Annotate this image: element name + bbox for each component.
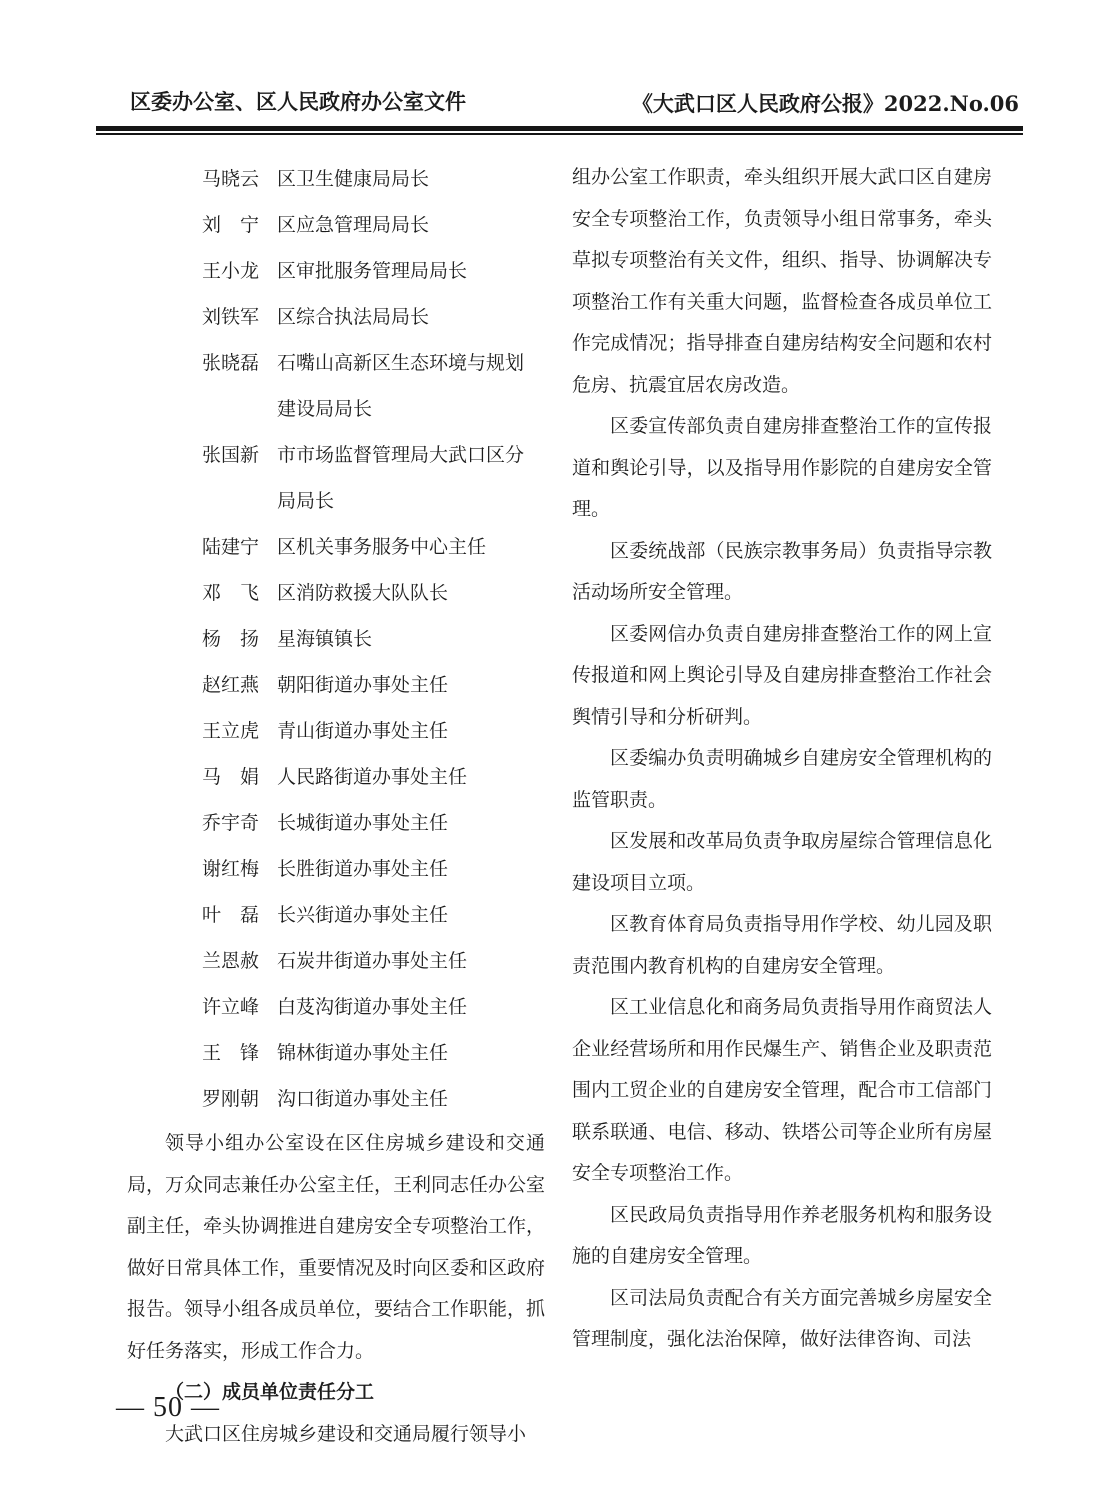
member-name: 赵红燕	[202, 663, 259, 709]
member-row: 马晓云区卫生健康局局长	[127, 157, 545, 203]
member-name: 王 锋	[202, 1031, 259, 1077]
member-title: 石嘴山高新区生态环境与规划建设局局长	[277, 341, 527, 433]
member-row: 陆建宁区机关事务服务中心主任	[127, 525, 545, 571]
member-row: 马 娟人民路街道办事处主任	[127, 755, 545, 801]
member-row: 王小龙区审批服务管理局局长	[127, 249, 545, 295]
paragraph: 区委编办负责明确城乡自建房安全管理机构的监管职责。	[572, 738, 992, 821]
member-row: 张晓磊石嘴山高新区生态环境与规划建设局局长	[127, 341, 545, 433]
member-name: 陆建宁	[202, 525, 259, 571]
member-name: 马晓云	[202, 157, 259, 203]
member-row: 叶 磊长兴街道办事处主任	[127, 893, 545, 939]
member-title: 人民路街道办事处主任	[277, 755, 527, 801]
member-row: 邓 飞区消防救援大队队长	[127, 571, 545, 617]
member-row: 王 锋锦林街道办事处主任	[127, 1031, 545, 1077]
member-name: 张晓磊	[202, 341, 259, 433]
member-row: 罗刚朝沟口街道办事处主任	[127, 1077, 545, 1123]
member-name: 王立虎	[202, 709, 259, 755]
member-name: 马 娟	[202, 755, 259, 801]
paragraph: 区委统战部（民族宗教事务局）负责指导宗教活动场所安全管理。	[572, 531, 992, 614]
left-column: 马晓云区卫生健康局局长 刘 宁区应急管理局局长 王小龙区审批服务管理局局长 刘铁…	[127, 157, 545, 1455]
member-title: 区审批服务管理局局长	[277, 249, 527, 295]
member-row: 谢红梅长胜街道办事处主任	[127, 847, 545, 893]
member-title: 朝阳街道办事处主任	[277, 663, 527, 709]
member-title: 区综合执法局局长	[277, 295, 527, 341]
member-title: 青山街道办事处主任	[277, 709, 527, 755]
member-title: 区卫生健康局局长	[277, 157, 527, 203]
gazette-page: { "header": { "left_title": "区委办公室、区人民政府…	[0, 0, 1105, 1489]
paragraph: 区教育体育局负责指导用作学校、幼儿园及职责范围内教育机构的自建房安全管理。	[572, 904, 992, 987]
member-name: 张国新	[202, 433, 259, 525]
member-title: 锦林街道办事处主任	[277, 1031, 527, 1077]
member-row: 刘 宁区应急管理局局长	[127, 203, 545, 249]
member-name: 王小龙	[202, 249, 259, 295]
member-list: 马晓云区卫生健康局局长 刘 宁区应急管理局局长 王小龙区审批服务管理局局长 刘铁…	[127, 157, 545, 1123]
member-title: 白芨沟街道办事处主任	[277, 985, 527, 1031]
right-column: 组办公室工作职责，牵头组织开展大武口区自建房安全专项整治工作，负责领导小组日常事…	[572, 157, 992, 1361]
member-title: 星海镇镇长	[277, 617, 527, 663]
paragraph: 组办公室工作职责，牵头组织开展大武口区自建房安全专项整治工作，负责领导小组日常事…	[572, 157, 992, 406]
member-name: 杨 扬	[202, 617, 259, 663]
member-title: 区应急管理局局长	[277, 203, 527, 249]
member-name: 叶 磊	[202, 893, 259, 939]
member-title: 长胜街道办事处主任	[277, 847, 527, 893]
header-right-title: 《大武口区人民政府公报》2022.No.06	[632, 88, 1019, 118]
member-name: 邓 飞	[202, 571, 259, 617]
member-name: 刘 宁	[202, 203, 259, 249]
member-title: 长城街道办事处主任	[277, 801, 527, 847]
member-title: 长兴街道办事处主任	[277, 893, 527, 939]
member-row: 赵红燕朝阳街道办事处主任	[127, 663, 545, 709]
member-name: 乔宇奇	[202, 801, 259, 847]
member-name: 许立峰	[202, 985, 259, 1031]
member-title: 区消防救援大队队长	[277, 571, 527, 617]
member-title: 沟口街道办事处主任	[277, 1077, 527, 1123]
member-name: 兰恩赦	[202, 939, 259, 985]
member-name: 谢红梅	[202, 847, 259, 893]
paragraph: 区发展和改革局负责争取房屋综合管理信息化建设项目立项。	[572, 821, 992, 904]
member-title: 市市场监督管理局大武口区分局局长	[277, 433, 527, 525]
paragraph: 区委网信办负责自建房排查整治工作的网上宣传报道和网上舆论引导及自建房排查整治工作…	[572, 614, 992, 739]
paragraph: 区委宣传部负责自建房排查整治工作的宣传报道和舆论引导，以及指导用作影院的自建房安…	[572, 406, 992, 531]
member-row: 杨 扬星海镇镇长	[127, 617, 545, 663]
member-name: 罗刚朝	[202, 1077, 259, 1123]
header-double-rule	[96, 126, 1023, 135]
member-row: 乔宇奇长城街道办事处主任	[127, 801, 545, 847]
member-row: 王立虎青山街道办事处主任	[127, 709, 545, 755]
member-row: 许立峰白芨沟街道办事处主任	[127, 985, 545, 1031]
paragraph: 区司法局负责配合有关方面完善城乡房屋安全管理制度，强化法治保障，做好法律咨询、司…	[572, 1278, 992, 1361]
paragraph: 区工业信息化和商务局负责指导用作商贸法人企业经营场所和用作民爆生产、销售企业及职…	[572, 987, 992, 1195]
header-left-title: 区委办公室、区人民政府办公室文件	[130, 86, 466, 116]
member-title: 区机关事务服务中心主任	[277, 525, 527, 571]
paragraph: 领导小组办公室设在区住房城乡建设和交通局，万众同志兼任办公室主任，王利同志任办公…	[127, 1123, 545, 1372]
paragraph: 区民政局负责指导用作养老服务机构和服务设施的自建房安全管理。	[572, 1195, 992, 1278]
page-number: — 50 —	[116, 1392, 220, 1424]
member-row: 张国新市市场监督管理局大武口区分局局长	[127, 433, 545, 525]
member-name: 刘铁军	[202, 295, 259, 341]
member-title: 石炭井街道办事处主任	[277, 939, 527, 985]
member-row: 刘铁军区综合执法局局长	[127, 295, 545, 341]
member-row: 兰恩赦石炭井街道办事处主任	[127, 939, 545, 985]
